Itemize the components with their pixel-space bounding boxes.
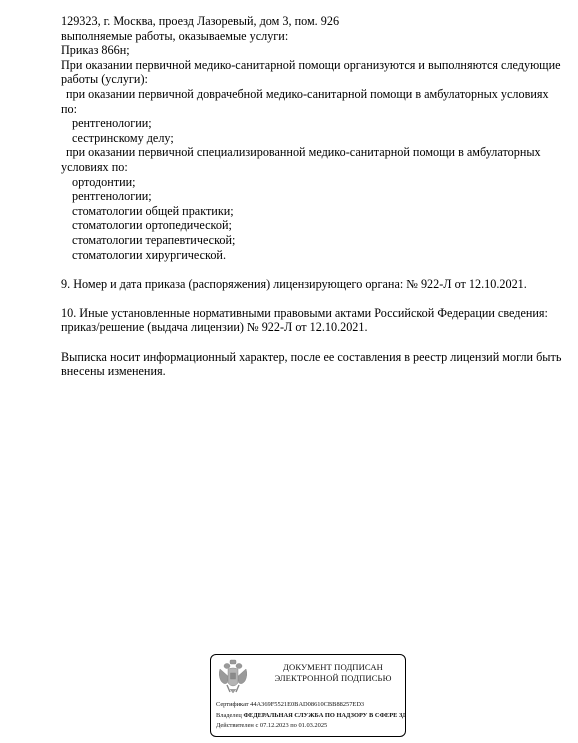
stamp-title: ДОКУМЕНТ ПОДПИСАН ЭЛЕКТРОННОЙ ПОДПИСЬЮ [259, 662, 406, 683]
item-9: 9. Номер и дата приказа (распоряжения) л… [61, 277, 561, 292]
section-a-heading: при оказании первичной доврачебной медик… [61, 87, 561, 102]
intro-line-cont: работы (услуги): [61, 72, 561, 87]
address-line: 129323, г. Москва, проезд Лазоревый, дом… [61, 14, 561, 29]
list-item: сестринскому делу; [61, 131, 561, 146]
list-item: стоматологии хирургической. [61, 248, 561, 263]
list-item: рентгенологии; [61, 189, 561, 204]
item-10-cont: приказ/решение (выдача лицензии) № 922-Л… [61, 320, 561, 335]
coat-of-arms-icon [217, 659, 249, 695]
owner-row: Владелец ФЕДЕРАЛЬНАЯ СЛУЖБА ПО НАДЗОРУ В… [216, 711, 406, 722]
stamp-details: Сертификат 44A369F5521E0BAD08610CBB88257… [216, 700, 406, 732]
disclaimer: Выписка носит информационный характер, п… [61, 350, 561, 365]
section-a-heading-cont: по: [61, 102, 561, 117]
electronic-signature-stamp: ДОКУМЕНТ ПОДПИСАН ЭЛЕКТРОННОЙ ПОДПИСЬЮ С… [210, 654, 406, 737]
list-item: стоматологии ортопедической; [61, 218, 561, 233]
order-reference: Приказ 866н; [61, 43, 561, 58]
validity-row: Действителен с 07.12.2023 по 01.03.2025 [216, 721, 406, 732]
item-10: 10. Иные установленные нормативными прав… [61, 306, 561, 321]
works-header: выполняемые работы, оказываемые услуги: [61, 29, 561, 44]
list-item: рентгенологии; [61, 116, 561, 131]
list-item: стоматологии общей практики; [61, 204, 561, 219]
list-item: стоматологии терапевтической; [61, 233, 561, 248]
section-b-heading-cont: условиях по: [61, 160, 561, 175]
certificate-row: Сертификат 44A369F5521E0BAD08610CBB88257… [216, 700, 406, 711]
disclaimer-cont: внесены изменения. [61, 364, 561, 379]
document-body: 129323, г. Москва, проезд Лазоревый, дом… [61, 14, 561, 379]
section-b-heading: при оказании первичной специализированно… [61, 145, 561, 160]
list-item: ортодонтии; [61, 175, 561, 190]
intro-line: При оказании первичной медико-санитарной… [61, 58, 561, 73]
